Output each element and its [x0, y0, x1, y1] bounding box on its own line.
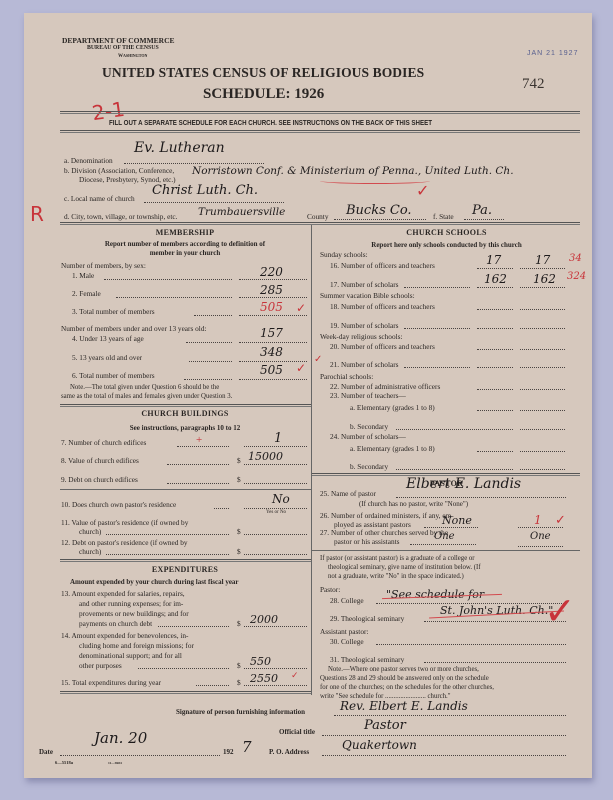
- year-field[interactable]: 7: [242, 738, 252, 756]
- benevolences-field[interactable]: 550: [250, 655, 271, 668]
- q12-label-1: 12. Debt on pastor's residence (if owned…: [61, 538, 188, 547]
- q13-line: [244, 626, 307, 627]
- received-date-stamp: JAN 21 1927: [527, 50, 578, 57]
- other-churches-field[interactable]: One: [434, 531, 455, 542]
- denomination-label: a. Denomination: [64, 156, 113, 165]
- red-check-icon: ✓: [296, 361, 306, 375]
- instruction-rule: [60, 130, 580, 133]
- po-address-field[interactable]: Quakertown: [342, 738, 417, 752]
- q3-line: [239, 315, 307, 316]
- currency-symbol: $: [237, 527, 241, 536]
- signature-field[interactable]: Rev. Elbert E. Landis: [340, 699, 468, 713]
- census-schedule-page: DEPARTMENT OF COMMERCE BUREAU OF THE CEN…: [24, 13, 592, 778]
- q3-leader: [194, 315, 232, 316]
- q7-leader: [177, 446, 229, 447]
- q24a-label: a. Elementary (grades 1 to 8): [350, 444, 435, 453]
- q17-leader: [404, 287, 470, 288]
- q15-label: 15. Total expenditures during year: [61, 678, 161, 687]
- schedule-number: 742: [522, 76, 545, 93]
- city-label: d. City, town, village, or township, etc…: [64, 212, 177, 221]
- q26-label-1: 26. Number of ordained ministers, if any…: [320, 511, 454, 520]
- q15-leader: [196, 685, 229, 686]
- q6-leader: [184, 379, 232, 380]
- q27-leader: [410, 544, 476, 545]
- red-check-icon: ✓: [291, 671, 299, 681]
- county-field[interactable]: Bucks Co.: [346, 203, 412, 218]
- q10-label: 10. Does church own pastor's residence: [61, 500, 176, 509]
- official-title-field[interactable]: Pastor: [364, 718, 406, 733]
- division-field[interactable]: Norristown Conf. & Ministerium of Penna.…: [192, 165, 514, 177]
- buildings-divider: [60, 489, 311, 490]
- currency-symbol: $: [237, 547, 241, 556]
- sunday-scholars-total: 324: [567, 271, 586, 282]
- q13-line-2: and other running expenses; for im-: [79, 599, 183, 608]
- weekday-scholars-field-2[interactable]: [520, 367, 565, 368]
- q11-label-2: church): [79, 527, 101, 536]
- column-divider: [311, 225, 312, 695]
- graduate-note-2: theological seminary, give name of insti…: [328, 564, 481, 571]
- sunday-officers-total: 34: [569, 253, 582, 264]
- q6-line: [239, 379, 307, 380]
- q19-label: 19. Number of scholars: [330, 321, 399, 330]
- red-count: 1: [534, 513, 542, 527]
- no-pastor-hint: (If church has no pastor, write "None"): [359, 500, 468, 508]
- date-field[interactable]: Jan. 20: [94, 729, 147, 747]
- year-prefix: 192: [223, 748, 234, 756]
- owns-residence-field[interactable]: No: [272, 492, 290, 506]
- members-by-sex-label: Number of members, by sex:: [61, 261, 146, 270]
- q20-label: 20. Number of officers and teachers: [330, 342, 435, 351]
- graduate-note-3: not a graduate, write "No" in the space …: [328, 573, 464, 580]
- over-13-field[interactable]: 348: [260, 345, 283, 359]
- membership-subtitle-2: member in your church: [60, 249, 310, 257]
- edifice-debt-field[interactable]: [244, 483, 307, 484]
- q16-line-1: [477, 268, 513, 269]
- q25-line: [396, 497, 566, 498]
- q13-line-4: payments on church debt: [79, 619, 152, 628]
- summer-officers-field-1[interactable]: [477, 309, 513, 310]
- membership-subtitle-1: Report number of members according to de…: [60, 240, 310, 248]
- date-line: [60, 755, 220, 756]
- summer-scholars-field-1[interactable]: [477, 328, 513, 329]
- q5-leader: [189, 361, 232, 362]
- q1-line: [239, 279, 307, 280]
- secondary-teachers-field-1[interactable]: [396, 429, 513, 430]
- signature-label: Signature of person furnishing informati…: [176, 708, 305, 716]
- buildings-heading: CHURCH BUILDINGS: [60, 409, 310, 418]
- form-title: UNITED STATES CENSUS OF RELIGIOUS BODIES: [102, 65, 424, 81]
- bureau-city: Washington: [118, 53, 147, 59]
- q14-line-3: denominational support; and for all: [79, 651, 182, 660]
- q18-label: 18. Number of officers and teachers: [330, 302, 435, 311]
- final-note-1: Note.—Where one pastor serves two or mor…: [328, 666, 479, 673]
- state-line: [464, 219, 504, 220]
- red-check-icon: ✓: [416, 181, 429, 200]
- red-check-icon: ✓: [314, 354, 322, 365]
- q31-label: 31. Theological seminary: [330, 655, 404, 664]
- membership-rule: [60, 404, 311, 407]
- q12-leader: [106, 554, 229, 555]
- assistant-pastors-field[interactable]: None: [442, 514, 472, 527]
- secondary-scholars-field-2[interactable]: [520, 469, 565, 470]
- final-note-2: Questions 28 and 29 should be answered o…: [320, 675, 489, 682]
- q14-line-2: cluding home and foreign missions; for: [79, 641, 194, 650]
- residence-debt-field[interactable]: [244, 554, 307, 555]
- official-title-label: Official title: [279, 728, 315, 736]
- date-label: Date: [39, 748, 53, 756]
- denomination-field[interactable]: Ev. Lutheran: [134, 140, 225, 156]
- q7-label: 7. Number of church edifices: [61, 438, 146, 447]
- q2-label: 2. Female: [72, 289, 101, 298]
- church-edifices-field[interactable]: 1: [274, 431, 282, 446]
- graduate-note-1: If pastor (or assistant pastor) is a gra…: [320, 555, 475, 562]
- q13-leader: [158, 626, 229, 627]
- q4-line: [239, 342, 307, 343]
- q15-line: [244, 685, 307, 686]
- q2-line: [239, 297, 307, 298]
- other-churches-field-2[interactable]: One: [530, 531, 551, 542]
- local-name-line: [144, 202, 284, 203]
- department-name: DEPARTMENT OF COMMERCE: [62, 36, 175, 45]
- q9-leader: [167, 483, 229, 484]
- local-name-label: c. Local name of church: [64, 194, 135, 203]
- secondary-teachers-field-2[interactable]: [520, 429, 565, 430]
- pastor-divider: [312, 550, 580, 551]
- weekday-scholars-field-1[interactable]: [477, 367, 513, 368]
- q19-leader: [404, 328, 470, 329]
- division-label-1: b. Division (Association, Conference,: [64, 166, 174, 175]
- q17-label: 17. Number of scholars: [330, 280, 399, 289]
- q4-leader: [186, 342, 232, 343]
- q11-label-1: 11. Value of pastor's residence (if owne…: [61, 518, 188, 527]
- q12-label-2: church): [79, 547, 101, 556]
- q28-label: 28. College: [330, 596, 364, 605]
- local-name-field[interactable]: Christ Luth. Ch.: [152, 183, 258, 198]
- q30-label: 30. College: [330, 637, 364, 646]
- q3-label: 3. Total number of members: [72, 307, 155, 316]
- expenditures-heading: EXPENDITURES: [60, 565, 310, 574]
- sunday-scholars-field-1[interactable]: 162: [484, 272, 507, 286]
- q2-leader: [116, 297, 232, 298]
- q13-line-1: 13. Amount expended for salaries, repair…: [61, 589, 185, 598]
- pastor-education-label: Pastor:: [320, 585, 340, 594]
- expenditures-subtitle: Amount expended by your church during la…: [70, 578, 239, 586]
- elementary-scholars-field-1[interactable]: [477, 451, 513, 452]
- under-13-field[interactable]: 157: [260, 326, 283, 340]
- q21-leader: [404, 367, 470, 368]
- membership-heading: MEMBERSHIP: [60, 228, 310, 237]
- q8-leader: [167, 464, 229, 465]
- weekday-officers-field-1[interactable]: [477, 349, 513, 350]
- title-line: [322, 735, 566, 736]
- header-rule: [60, 111, 580, 114]
- summer-officers-field-2[interactable]: [520, 309, 565, 310]
- county-label: County: [307, 212, 329, 221]
- red-check-icon: ✓: [555, 513, 566, 528]
- edifice-value-field[interactable]: 15000: [248, 450, 283, 463]
- weekday-schools-label: Week-day religious schools:: [320, 332, 403, 341]
- residence-value-field[interactable]: [244, 534, 307, 535]
- elementary-teachers-field-2[interactable]: [520, 410, 565, 411]
- q23-label: 23. Number of teachers—: [330, 391, 406, 400]
- summer-schools-label: Summer vacation Bible schools:: [320, 291, 415, 300]
- sunday-officers-field-2[interactable]: 17: [535, 253, 550, 267]
- red-check-icon: ✓: [296, 301, 306, 315]
- final-note-3: for one of the churches; on the schedule…: [320, 684, 494, 691]
- form-code: 6—5518a: [55, 760, 73, 765]
- age-group-label: Number of members under and over 13 year…: [61, 324, 207, 333]
- elementary-scholars-field-2[interactable]: [520, 451, 565, 452]
- admin-officers-field-2[interactable]: [520, 389, 565, 390]
- q16-label: 16. Number of officers and teachers: [330, 261, 435, 270]
- q8-line: [244, 464, 307, 465]
- po-address-label: P. O. Address: [269, 748, 309, 756]
- q24-label: 24. Number of scholars—: [330, 432, 406, 441]
- admin-officers-field-1[interactable]: [477, 389, 513, 390]
- buildings-rule: [60, 559, 311, 562]
- q17-line-2: [520, 287, 565, 288]
- assistant-seminary-field[interactable]: [424, 662, 566, 663]
- q14-line: [244, 668, 307, 669]
- form-subtitle: SCHEDULE: 1926: [203, 86, 324, 103]
- q8-label: 8. Value of church edifices: [61, 456, 139, 465]
- q14-leader: [138, 668, 229, 669]
- weekday-officers-field-2[interactable]: [520, 349, 565, 350]
- q9-label: 9. Debt on church edifices: [61, 475, 138, 484]
- q22-label: 22. Number of administrative officers: [330, 382, 440, 391]
- q29-label: 29. Theological seminary: [330, 614, 404, 623]
- q21-label: 21. Number of scholars: [330, 360, 399, 369]
- total-expenditures-field[interactable]: 2550: [250, 672, 278, 685]
- sunday-schools-label: Sunday schools:: [320, 250, 368, 259]
- q10-leader: [214, 508, 229, 509]
- q27-label-1: 27. Number of other churches served by t…: [320, 528, 448, 537]
- buildings-subtitle: See instructions, paragraphs 10 to 12: [60, 424, 310, 432]
- red-underline: [320, 178, 430, 184]
- summer-scholars-field-2[interactable]: [520, 328, 565, 329]
- q4-label: 4. Under 13 years of age: [72, 334, 144, 343]
- county-line: [334, 219, 426, 220]
- parochial-schools-label: Parochial schools:: [320, 372, 373, 381]
- bureau-name: BUREAU OF THE CENSUS: [87, 45, 159, 51]
- schools-heading: CHURCH SCHOOLS: [314, 228, 579, 237]
- sunday-scholars-field-2[interactable]: 162: [533, 272, 556, 286]
- schools-subtitle: Report here only schools conducted by th…: [314, 241, 579, 249]
- q23b-label: b. Secondary: [350, 422, 388, 431]
- po-line: [322, 755, 566, 756]
- total-members-field[interactable]: 505: [260, 300, 283, 314]
- city-field[interactable]: Trumbauersville: [198, 206, 285, 218]
- q27-line-2: [518, 546, 563, 547]
- q13-line-3: provements or new buildings; and for: [79, 609, 189, 618]
- identification-rule: [60, 222, 580, 225]
- q24b-label: b. Secondary: [350, 462, 388, 471]
- elementary-teachers-field-1[interactable]: [477, 410, 513, 411]
- red-mark: +: [196, 434, 202, 446]
- secondary-scholars-field-1[interactable]: [396, 469, 513, 470]
- q27-label-2: pastor or his assistants: [334, 537, 399, 546]
- currency-symbol: $: [237, 456, 241, 465]
- q23a-label: a. Elementary (grades 1 to 8): [350, 403, 435, 412]
- membership-note-1: Note.—The total given under Question 6 s…: [70, 384, 219, 391]
- currency-symbol: $: [237, 475, 241, 484]
- yes-no-hint: Yes or No: [266, 510, 286, 515]
- expenditures-rule: [60, 691, 311, 694]
- currency-symbol: $: [237, 619, 241, 628]
- pastor-name-field[interactable]: Elbert E. Landis: [406, 476, 521, 492]
- sunday-officers-field-1[interactable]: 17: [486, 253, 501, 267]
- assistant-education-label: Assistant pastor:: [320, 627, 368, 636]
- q25-label: 25. Name of pastor: [320, 489, 376, 498]
- running-expenses-field[interactable]: 2000: [250, 613, 278, 626]
- female-members-field[interactable]: 285: [260, 283, 283, 297]
- state-label: f. State: [433, 212, 454, 221]
- separate-schedule-instruction: FILL OUT A SEPARATE SCHEDULE FOR EACH CH…: [109, 118, 432, 127]
- signature-line: [334, 715, 566, 716]
- q14-line-4: other purposes: [79, 661, 122, 670]
- total-members-by-age-field[interactable]: 505: [260, 363, 283, 377]
- q6-label: 6. Total number of members: [72, 371, 155, 380]
- q11-leader: [106, 534, 229, 535]
- q17-line-1: [477, 287, 513, 288]
- state-field[interactable]: Pa.: [472, 203, 492, 218]
- q16-line-2: [520, 268, 565, 269]
- currency-symbol: $: [237, 678, 241, 687]
- assistant-college-field[interactable]: [376, 644, 566, 645]
- form-code-2: 11—9684: [108, 761, 122, 765]
- red-check-icon: ✓: [544, 589, 576, 633]
- q7-line: [244, 446, 307, 447]
- currency-symbol: $: [237, 661, 241, 670]
- red-r-mark: R: [30, 202, 44, 226]
- q1-label: 1. Male: [72, 271, 94, 280]
- q10-line: [244, 508, 307, 509]
- denomination-line: [124, 163, 264, 164]
- q14-line-1: 14. Amount expended for benevolences, in…: [61, 631, 188, 640]
- male-members-field[interactable]: 220: [260, 265, 283, 279]
- q1-leader: [104, 279, 232, 280]
- q5-label: 5. 13 years old and over: [72, 353, 142, 362]
- membership-note-2: same as the total of males and females g…: [61, 393, 232, 400]
